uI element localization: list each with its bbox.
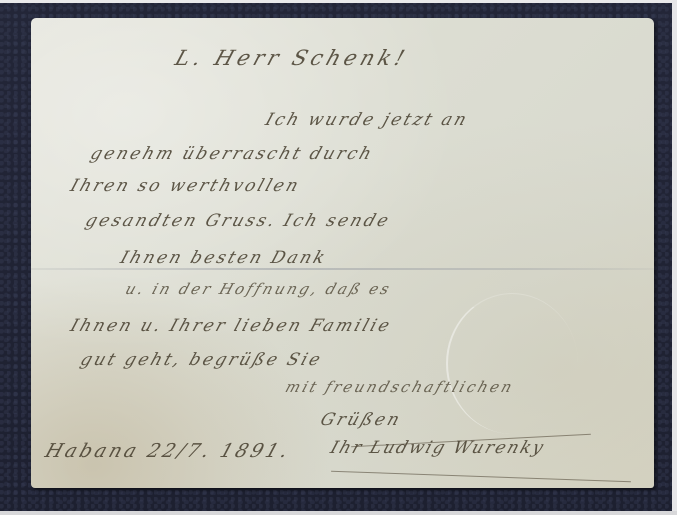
image-edge-bottom	[0, 511, 677, 515]
letter-line: genehm überrascht durch	[88, 144, 377, 164]
letter-greeting: L. Herr Schenk!	[172, 46, 411, 70]
letter-signature: Ihr Ludwig Wurenky	[328, 438, 548, 458]
letter-place-date: Habana 22/7. 1891.	[42, 440, 293, 462]
handwritten-letter-card: L. Herr Schenk! Ich wurde jetzt an geneh…	[31, 18, 654, 488]
letter-line: gut geht, begrüße Sie	[78, 350, 325, 370]
signature-underline	[331, 471, 631, 482]
fold-crease	[31, 268, 654, 270]
letter-line: gesandten Gruss. Ich sende	[83, 211, 394, 231]
letter-line: Ihnen besten Dank	[118, 248, 330, 268]
letter-line: Ihnen u. Ihrer lieben Familie	[68, 316, 395, 336]
letter-line: mit freundschaftlichen	[283, 378, 517, 396]
letter-line: u. in der Hoffnung, daß es	[123, 280, 394, 298]
embossed-stamp-impression	[446, 293, 578, 434]
letter-line: Ihren so werthvollen	[68, 176, 303, 196]
image-edge-top	[0, 0, 677, 3]
letter-line: Ich wurde jetzt an	[263, 110, 472, 130]
letter-closing: Grüßen	[318, 410, 405, 430]
image-edge-right	[672, 0, 677, 515]
